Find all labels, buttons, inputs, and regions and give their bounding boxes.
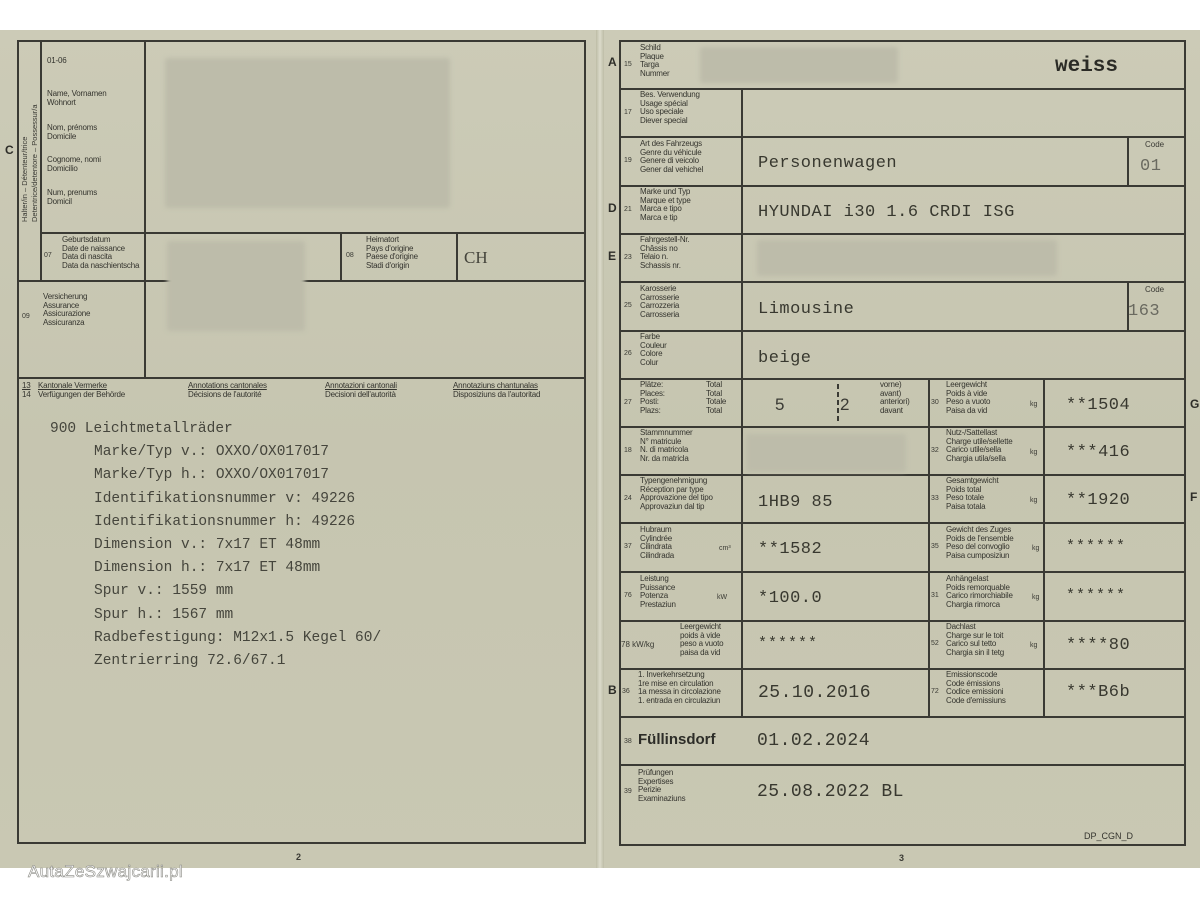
page-fold <box>596 30 604 868</box>
holder-vertical-label-2: Detentrice/detentore – Possessur/a <box>30 104 39 222</box>
first-registration-code: 36 <box>622 688 630 695</box>
make-model-labels: Marke und TypMarque et typeMarca e tipoM… <box>640 188 691 222</box>
holder-field-code: 01-06 <box>47 57 66 66</box>
seats-total-value: 5 <box>775 395 784 415</box>
color-value: beige <box>758 349 812 368</box>
holder-name-redacted <box>165 58 450 208</box>
remark-line: Radbefestigung: M12x1.5 Kegel 60/ <box>50 627 381 650</box>
seats-total-labels: TotalTotalTotaleTotal <box>706 381 726 415</box>
remark-line: Zentrierring 72.6/67.1 <box>50 650 381 673</box>
empty-weight-labels: LeergewichtPoids à videPeso a vuotoPaisa… <box>946 381 990 415</box>
power-weight-prefix: 78 kW/kg <box>621 640 654 649</box>
inspections-labels: PrüfungenExpertisesPerizieExaminaziuns <box>638 769 685 803</box>
vehicle-type-value: Personenwagen <box>758 154 897 173</box>
trailer-load-value: ****** <box>1066 587 1126 604</box>
empty-weight-unit: kg <box>1030 401 1037 408</box>
power-unit: kW <box>717 594 727 601</box>
emission-code-code: 72 <box>931 688 939 695</box>
remark-line: Identifikationsnummer v: 49226 <box>50 488 381 511</box>
type-approval-labels: TypengenehmigungRéception par typeApprov… <box>640 477 713 511</box>
chassis-number-redacted <box>757 240 1057 276</box>
make-model-code: 21 <box>624 206 632 213</box>
body-labels: KarosserieCarrosserieCarrozzeriaCarrosse… <box>640 285 679 319</box>
payload-value: ***416 <box>1066 443 1130 462</box>
birthdate-labels: Geburtsdatum Date de naissance Data di n… <box>62 236 139 270</box>
special-use-code: 17 <box>624 109 632 116</box>
holder-label-fr: Nom, prénomsDomicile <box>47 124 97 141</box>
seats-front-value: 2 <box>840 395 849 415</box>
vehicle-type-labels: Art des FahrzeugsGenre du véhiculeGenere… <box>640 140 703 174</box>
body-code: 25 <box>624 302 632 309</box>
remark-line: Spur h.: 1567 mm <box>50 604 381 627</box>
power-weight-value: ****** <box>758 635 818 652</box>
body-code-value: 163 <box>1128 302 1160 321</box>
total-weight-code: 33 <box>931 495 939 502</box>
remarks-header-rm: Annotaziuns chantunalasDisposiziuns da l… <box>453 382 540 399</box>
remark-line: Dimension v.: 7x17 ET 48mm <box>50 534 381 557</box>
remark-line: Identifikationsnummer h: 49226 <box>50 511 381 534</box>
issue-date: 01.02.2024 <box>757 731 870 751</box>
power-value: *100.0 <box>758 589 822 608</box>
vehicle-type-code-value: 01 <box>1140 157 1161 176</box>
origin-labels: Heimatort Pays d'origine Paese d'origine… <box>366 236 418 270</box>
train-weight-labels: Gewicht des ZugesPoids de l'ensemblePeso… <box>946 526 1014 560</box>
trailer-load-unit: kg <box>1032 594 1039 601</box>
displacement-code: 37 <box>624 543 632 550</box>
plate-number-redacted <box>700 47 898 83</box>
special-use-labels: Bes. VerwendungUsage spécialUso speciale… <box>640 91 700 125</box>
birthdate-code: 07 <box>44 252 52 259</box>
type-approval-code: 24 <box>624 495 632 502</box>
total-weight-labels: GesamtgewichtPoids totalPeso totalePaisa… <box>946 477 999 511</box>
displacement-value: **1582 <box>758 540 822 559</box>
master-number-code: 18 <box>624 447 632 454</box>
holder-vertical-label-1: Halter/in – Détenteur/trice <box>20 137 29 222</box>
emission-code-labels: EmissionscodeCode émissionsCodice emissi… <box>946 671 1006 705</box>
chassis-labels: Fahrgestell-Nr.Châssis noTelaio n.Schass… <box>640 236 689 270</box>
side-letter-f: F <box>1190 490 1197 504</box>
side-letter-d: D <box>608 201 617 215</box>
power-labels: LeistungPuissancePotenzaPrestaziun <box>640 575 676 609</box>
left-page-number: 2 <box>296 852 301 862</box>
roof-load-code: 52 <box>931 640 939 647</box>
type-approval-value: 1HB9 85 <box>758 493 833 512</box>
train-weight-value: ****** <box>1066 538 1126 555</box>
roof-load-labels: DachlastCharge sur le toitCarico sul tet… <box>946 623 1004 657</box>
vehicle-type-code: 19 <box>624 157 632 164</box>
make-model-value: HYUNDAI i30 1.6 CRDI ISG <box>758 203 1015 222</box>
train-weight-unit: kg <box>1032 545 1039 552</box>
seats-labels: Plätze:Places:Posti:Plazs: <box>640 381 665 415</box>
chassis-code: 23 <box>624 254 632 261</box>
holder-label-de: Name, VornamenWohnort <box>47 90 106 107</box>
seats-code: 27 <box>624 399 632 406</box>
remark-line: Marke/Typ h.: OXXO/OX017017 <box>50 464 381 487</box>
section-letter-c: C <box>5 143 14 157</box>
roof-load-unit: kg <box>1030 642 1037 649</box>
side-letter-b: B <box>608 683 617 697</box>
place-date-code: 38 <box>624 738 632 745</box>
empty-weight-code: 30 <box>931 399 939 406</box>
holder-label-rm: Num, prenumsDomicil <box>47 189 97 206</box>
master-number-labels: StammnummerN° matriculeN. di matricolaNr… <box>640 429 692 463</box>
vehicle-type-code-label: Code <box>1145 140 1164 149</box>
displacement-labels: HubraumCylindréeCilindrataCilindrada <box>640 526 674 560</box>
remarks-header-de: Kantonale VermerkeVerfügungen der Behörd… <box>38 382 125 399</box>
plate-code: 15 <box>624 61 632 68</box>
side-letter-e: E <box>608 249 616 263</box>
side-letter-a: A <box>608 55 617 69</box>
remark-line: 900 Leichtmetallräder <box>50 418 381 441</box>
body-value: Limousine <box>758 300 854 319</box>
master-number-redacted <box>746 434 906 472</box>
displacement-unit: cm³ <box>719 545 731 552</box>
birthdate-redacted <box>167 241 305 331</box>
first-registration-labels: 1. Inverkehrsetzung1re mise en circulati… <box>638 671 721 705</box>
insurance-labels: Versicherung Assurance Assicurazione Ass… <box>43 293 90 327</box>
emission-code-value: ***B6b <box>1066 683 1130 702</box>
power-weight-labels: Leergewichtpoids à videpeso a vuotopaisa… <box>680 623 723 657</box>
payload-labels: Nutz-/SattellastCharge utile/selletteCar… <box>946 429 1013 463</box>
total-weight-unit: kg <box>1030 497 1037 504</box>
right-page-number: 3 <box>899 853 904 863</box>
remarks-codes: 1314 <box>22 382 31 399</box>
trailer-load-labels: AnhängelastPoids remorquableCarico rimor… <box>946 575 1013 609</box>
form-id: DP_CGN_D <box>1084 831 1133 841</box>
issue-place: Füllinsdorf <box>638 731 716 748</box>
origin-code: 08 <box>346 252 354 259</box>
payload-unit: kg <box>1030 449 1037 456</box>
plate-color-value: weiss <box>1055 55 1118 78</box>
watermark: AutaZeSzwajcarii.pl <box>28 862 183 882</box>
roof-load-value: ****80 <box>1066 636 1130 655</box>
remark-line: Dimension h.: 7x17 ET 48mm <box>50 557 381 580</box>
trailer-load-code: 31 <box>931 592 939 599</box>
inspections-code: 39 <box>624 788 632 795</box>
plate-labels: SchildPlaqueTargaNummer <box>640 44 669 78</box>
total-weight-value: **1920 <box>1066 491 1130 510</box>
origin-value: CH <box>464 248 488 268</box>
side-letter-g: G <box>1190 397 1199 411</box>
power-code: 76 <box>624 592 632 599</box>
train-weight-code: 35 <box>931 543 939 550</box>
first-registration-value: 25.10.2016 <box>758 683 871 703</box>
remarks-header-it: Annotazioni cantonaliDecisioni dell'auto… <box>325 382 397 399</box>
payload-code: 32 <box>931 447 939 454</box>
color-labels: FarbeCouleurColoreColur <box>640 333 667 367</box>
body-code-label: Code <box>1145 285 1164 294</box>
remarks-header-fr: Annotations cantonalesDécisions de l'aut… <box>188 382 267 399</box>
inspections-value: 25.08.2022 BL <box>757 782 904 802</box>
holder-label-it: Cognome, nomiDomicilio <box>47 156 101 173</box>
empty-weight-value: **1504 <box>1066 396 1130 415</box>
remark-line: Marke/Typ v.: OXXO/OX017017 <box>50 441 381 464</box>
insurance-code: 09 <box>22 313 30 320</box>
color-code: 26 <box>624 350 632 357</box>
remark-line: Spur v.: 1559 mm <box>50 580 381 603</box>
seats-front-labels: vorne)avant)anteriori)davant <box>880 381 910 415</box>
remarks-list: 900 Leichtmetallräder Marke/Typ v.: OXXO… <box>50 418 381 673</box>
